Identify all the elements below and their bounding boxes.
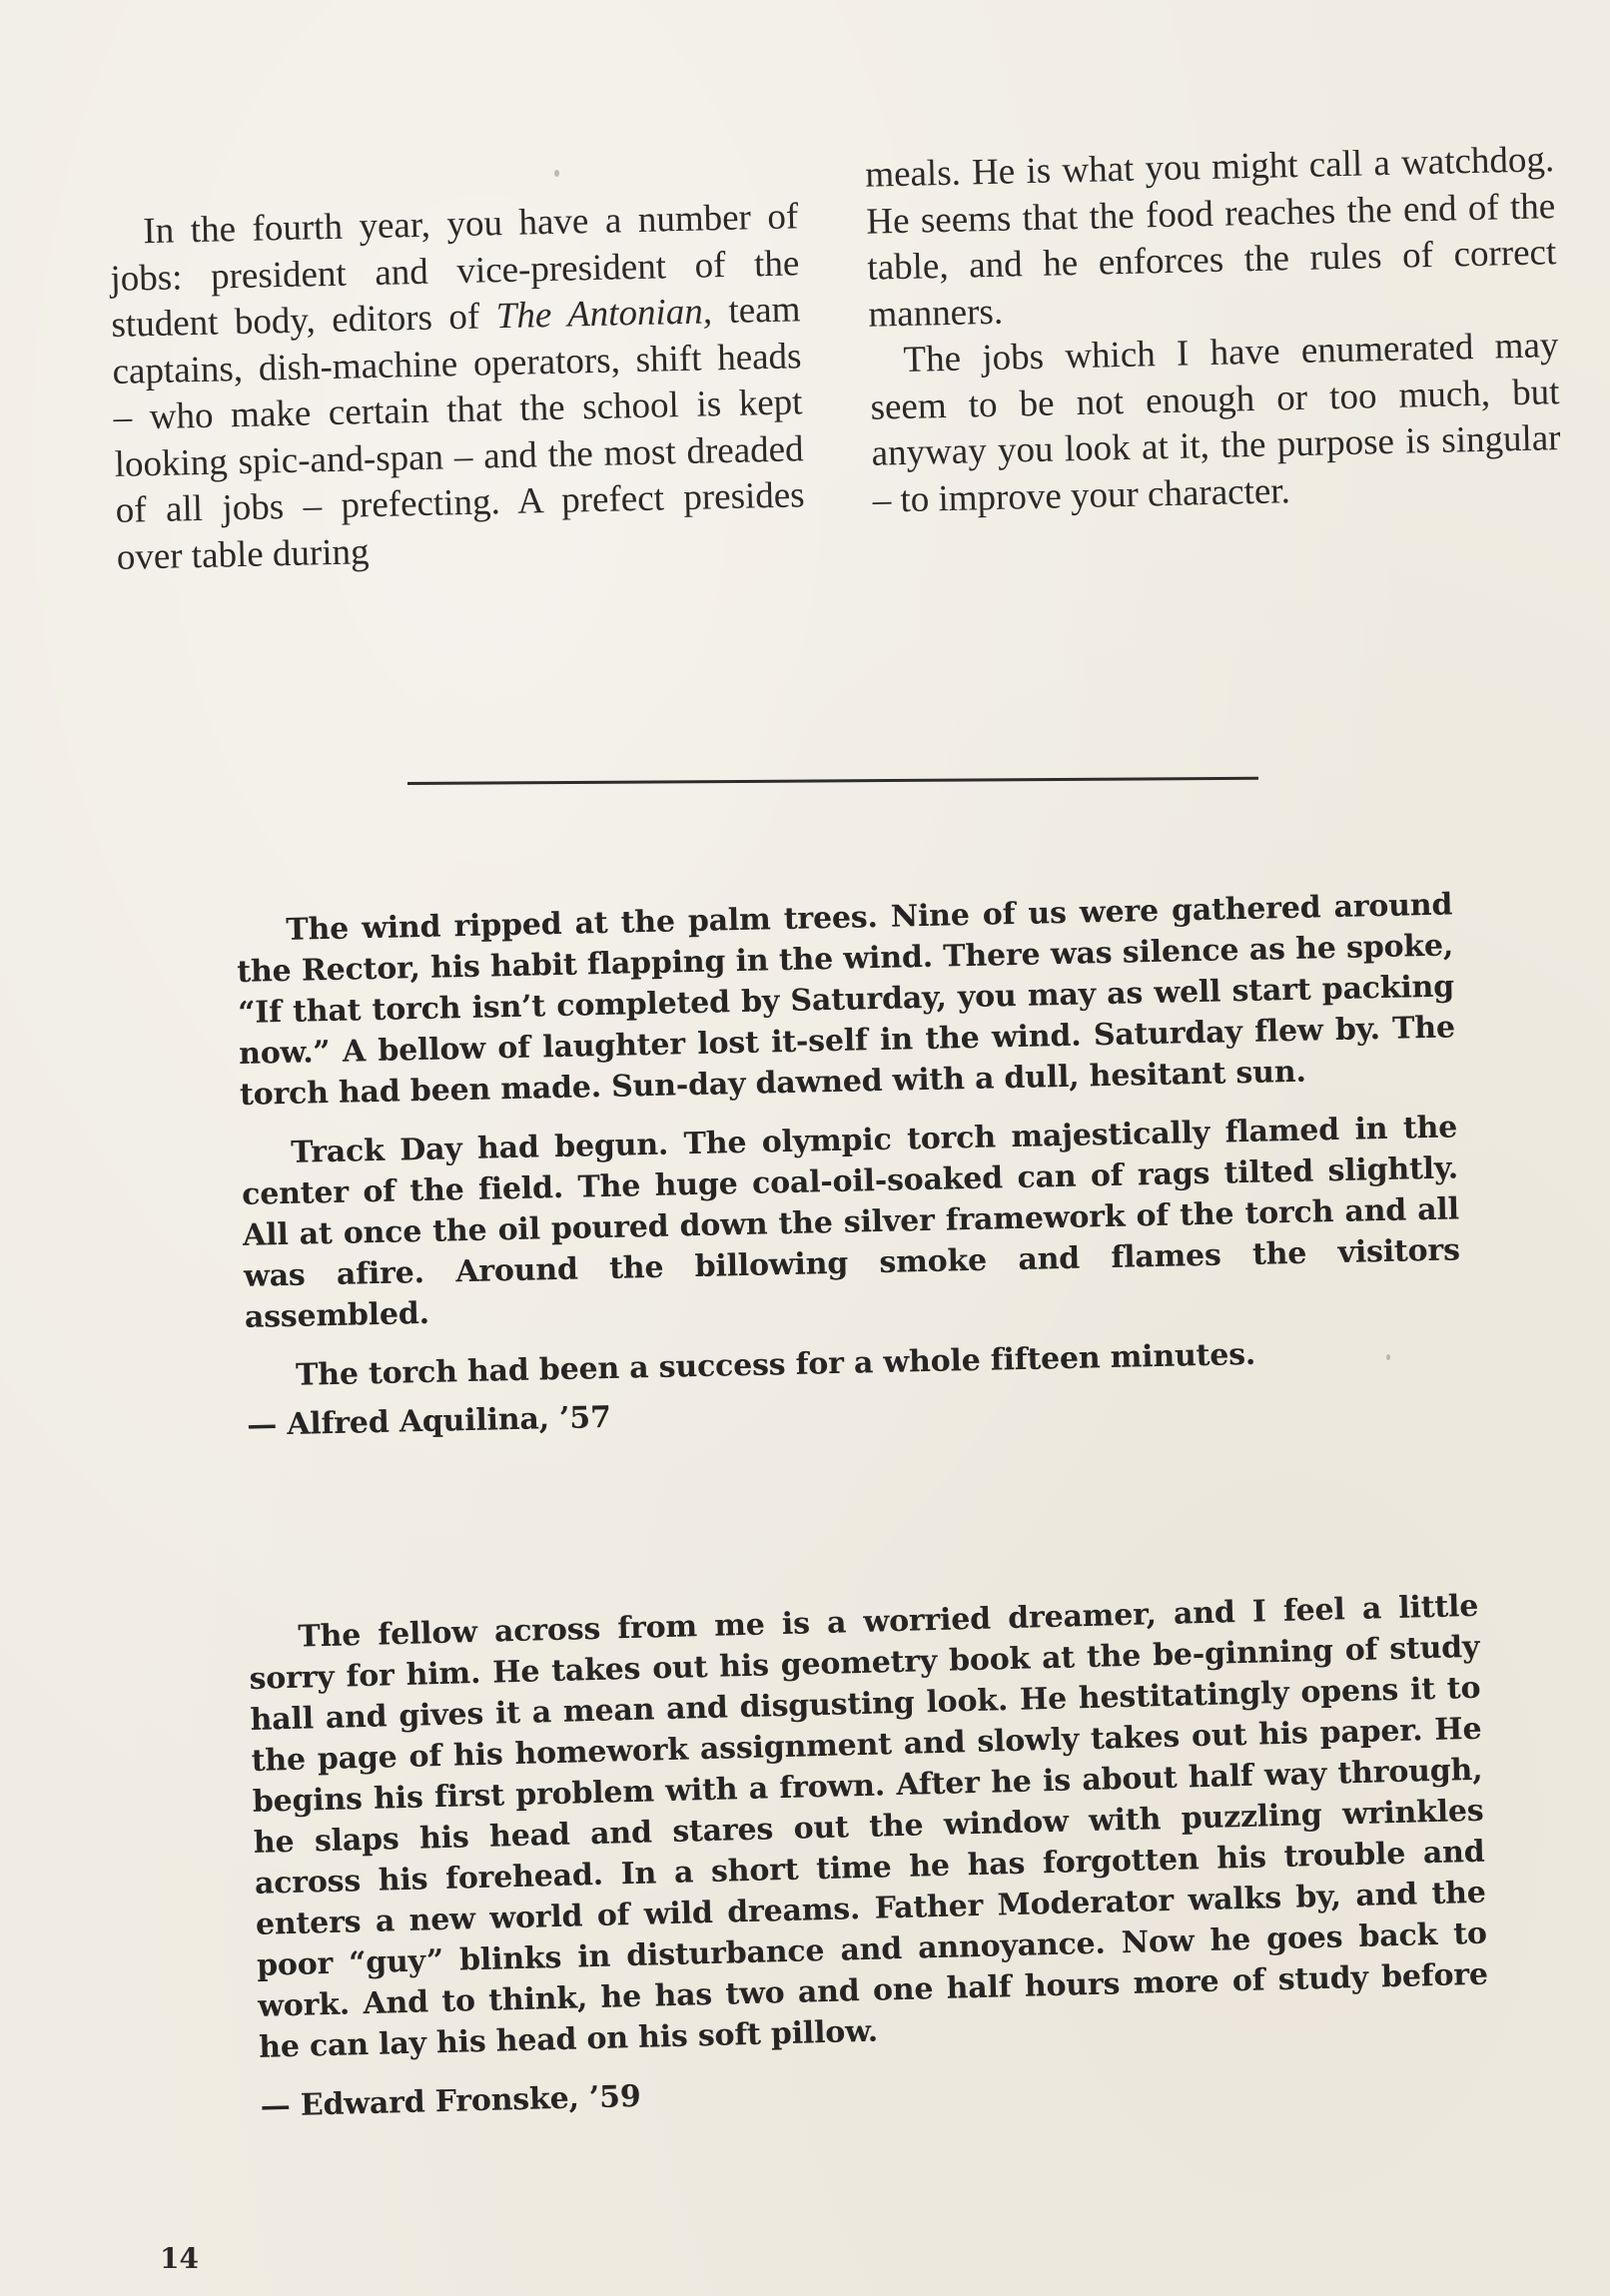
ink-speck — [1386, 1354, 1390, 1360]
scanned-page: In the fourth year, you have a number of… — [0, 0, 1610, 2296]
author-signature: — Edward Fronske, ’59 — [260, 2054, 1463, 2127]
publication-title: The Antonian, — [495, 291, 712, 337]
essay-paragraph: The jobs which I have enumerated may see… — [869, 323, 1562, 524]
torch-vignette: The wind ripped at the palm trees. Nine … — [236, 884, 1463, 1445]
vignette-paragraph: The fellow across from me is a worried d… — [248, 1586, 1489, 2068]
fourth-year-essay: In the fourth year, you have a number of… — [108, 137, 1563, 581]
essay-left-column: In the fourth year, you have a number of… — [109, 194, 806, 581]
essay-right-column: meals. He is what you might call a watch… — [865, 137, 1563, 564]
essay-paragraph-continued: meals. He is what you might call a watch… — [865, 137, 1558, 339]
page-number: 14 — [160, 2242, 199, 2275]
section-divider-rule — [407, 777, 1258, 785]
study-hall-vignette: The fellow across from me is a worried d… — [248, 1586, 1491, 2127]
vignette-paragraph: The wind ripped at the palm trees. Nine … — [236, 884, 1456, 1116]
essay-paragraph: In the fourth year, you have a number of… — [109, 194, 806, 581]
vignette-paragraph: Track Day had begun. The olympic torch m… — [241, 1107, 1461, 1338]
